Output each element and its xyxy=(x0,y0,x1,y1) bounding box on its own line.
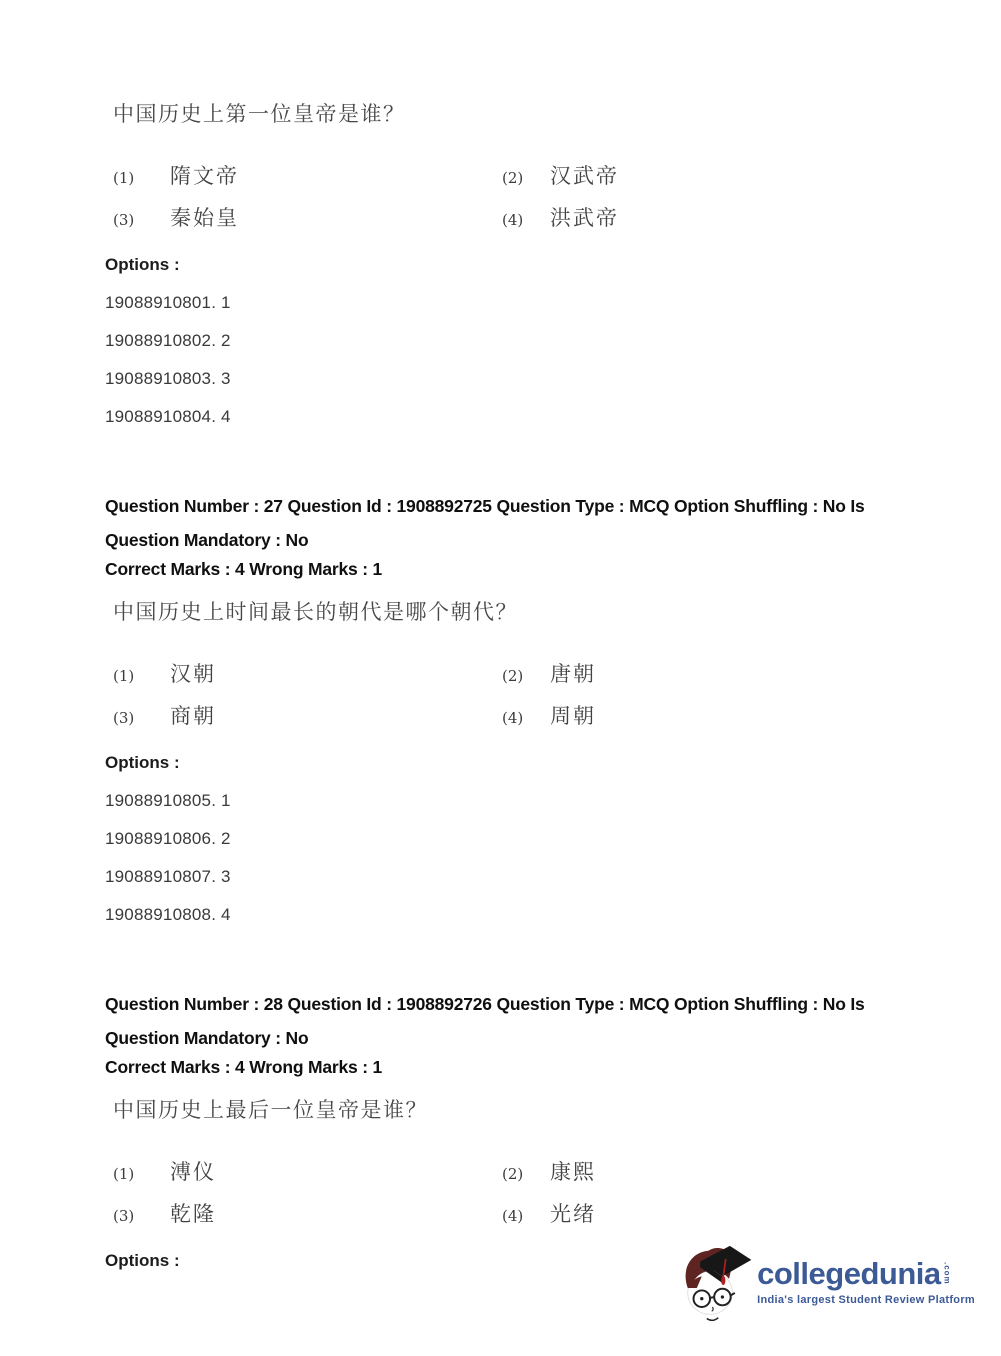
marks-line: Correct Marks : 4 Wrong Marks : 1 xyxy=(105,559,941,579)
collegedunia-mascot-icon xyxy=(677,1240,753,1331)
choice-grid: (1) 隋文帝 (2) 汉武帝 (3) 秦始皇 (4) 洪武帝 xyxy=(113,163,941,231)
choice-number: (1) xyxy=(113,1165,170,1183)
choice-number: (4) xyxy=(502,709,550,727)
choice-label: 秦始皇 xyxy=(170,205,502,231)
option-id: 19088910804. 4 xyxy=(105,407,941,427)
choice-label: 汉武帝 xyxy=(550,163,941,189)
choice-label: 唐朝 xyxy=(550,661,941,687)
question-meta-line: Question Mandatory : No xyxy=(105,1021,915,1055)
marks-line: Correct Marks : 4 Wrong Marks : 1 xyxy=(105,1057,941,1077)
question-text: 中国历史上最后一位皇帝是谁？ xyxy=(113,1097,941,1123)
collegedunia-logo-text: collegedunia .com India's largest Studen… xyxy=(757,1258,975,1308)
question-text: 中国历史上时间最长的朝代是哪个朝代？ xyxy=(113,599,941,625)
choice-label: 洪武帝 xyxy=(550,205,941,231)
choice-number: (1) xyxy=(113,169,170,187)
brand-name: collegedunia xyxy=(757,1258,940,1290)
option-id: 19088910801. 1 xyxy=(105,293,941,313)
question-section-28: Question Number : 28 Question Id : 19088… xyxy=(105,987,941,1271)
choice-number: (3) xyxy=(113,709,170,727)
choice-number: (3) xyxy=(113,211,170,229)
choice-label: 汉朝 xyxy=(170,661,502,687)
choice-label: 周朝 xyxy=(550,703,941,729)
choice-label: 康熙 xyxy=(550,1159,941,1185)
question-section-27: Question Number : 27 Question Id : 19088… xyxy=(105,489,941,925)
choice-grid: (1) 溥仪 (2) 康熙 (3) 乾隆 (4) 光绪 xyxy=(113,1159,941,1227)
option-id: 19088910808. 4 xyxy=(105,905,941,925)
choice-label: 隋文帝 xyxy=(170,163,502,189)
choice-label: 光绪 xyxy=(550,1201,941,1227)
option-id: 19088910805. 1 xyxy=(105,791,941,811)
choice-label: 乾隆 xyxy=(170,1201,502,1227)
question-text: 中国历史上第一位皇帝是谁？ xyxy=(113,101,941,127)
choice-number: (3) xyxy=(113,1207,170,1225)
choice-number: (2) xyxy=(502,169,550,187)
question-meta-line: Question Mandatory : No xyxy=(105,523,915,557)
option-id: 19088910803. 3 xyxy=(105,369,941,389)
choice-number: (2) xyxy=(502,667,550,685)
collegedunia-logo[interactable]: collegedunia .com India's largest Studen… xyxy=(677,1240,975,1331)
question-meta: Question Number : 28 Question Id : 19088… xyxy=(105,987,915,1055)
options-heading: Options : xyxy=(105,753,941,773)
question-meta-line: Question Number : 28 Question Id : 19088… xyxy=(105,987,915,1021)
choice-number: (4) xyxy=(502,1207,550,1225)
choice-number: (1) xyxy=(113,667,170,685)
question-meta: Question Number : 27 Question Id : 19088… xyxy=(105,489,915,557)
choice-label: 商朝 xyxy=(170,703,502,729)
question-meta-line: Question Number : 27 Question Id : 19088… xyxy=(105,489,915,523)
options-heading: Options : xyxy=(105,255,941,275)
brand-tagline: India's largest Student Review Platform xyxy=(757,1294,975,1306)
choice-number: (2) xyxy=(502,1165,550,1183)
exam-paper-page: 中国历史上第一位皇帝是谁？ (1) 隋文帝 (2) 汉武帝 (3) 秦始皇 (4… xyxy=(0,0,1001,1356)
page-content: 中国历史上第一位皇帝是谁？ (1) 隋文帝 (2) 汉武帝 (3) 秦始皇 (4… xyxy=(0,0,1001,1271)
choice-grid: (1) 汉朝 (2) 唐朝 (3) 商朝 (4) 周朝 xyxy=(113,661,941,729)
brand-domain: .com xyxy=(943,1262,952,1285)
question-section-26: 中国历史上第一位皇帝是谁？ (1) 隋文帝 (2) 汉武帝 (3) 秦始皇 (4… xyxy=(105,101,941,427)
option-id: 19088910806. 2 xyxy=(105,829,941,849)
choice-label: 溥仪 xyxy=(170,1159,502,1185)
option-id: 19088910807. 3 xyxy=(105,867,941,887)
option-id: 19088910802. 2 xyxy=(105,331,941,351)
choice-number: (4) xyxy=(502,211,550,229)
